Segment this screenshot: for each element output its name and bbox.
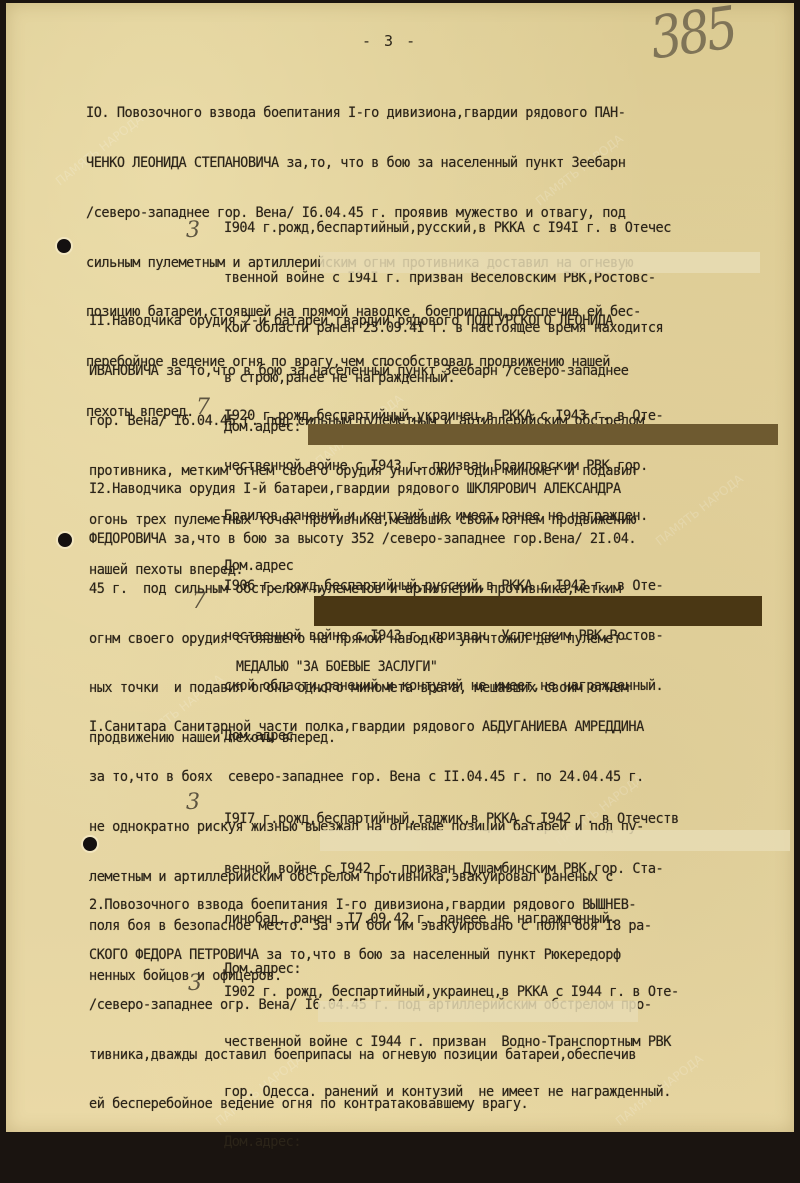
redacted-address xyxy=(318,1001,638,1022)
archive-sheet-number: 385 xyxy=(646,0,739,72)
page-number: - 3 - xyxy=(362,32,417,50)
section-heading: МЕДАЛЬЮ "ЗА БОЕВЫЕ ЗАСЛУГИ" xyxy=(236,658,437,675)
watermark: ПАМЯТЬ НАРОДА xyxy=(653,472,746,549)
redacted-address xyxy=(320,252,760,273)
punch-hole xyxy=(58,533,72,547)
redacted-address xyxy=(314,596,762,626)
redacted-address xyxy=(320,830,790,851)
document-page: ПАМЯТЬ НАРОДА ПАМЯТЬ НАРОДА ПАМЯТЬ НАРОД… xyxy=(6,3,794,1132)
entry-1-margin-mark: 3 xyxy=(186,790,200,815)
entry-2-margin-mark: 3 xyxy=(188,971,202,996)
entry-10-margin-mark: 3 xyxy=(186,218,200,243)
punch-hole xyxy=(57,239,71,253)
entry-12-margin-mark: 7 xyxy=(192,589,206,614)
entry-11-margin-mark: 7 xyxy=(196,395,210,420)
redacted-address xyxy=(308,424,778,445)
entry-2-bio: I902 г. рожд, беспартийный,украинец,в РК… xyxy=(224,951,679,1136)
